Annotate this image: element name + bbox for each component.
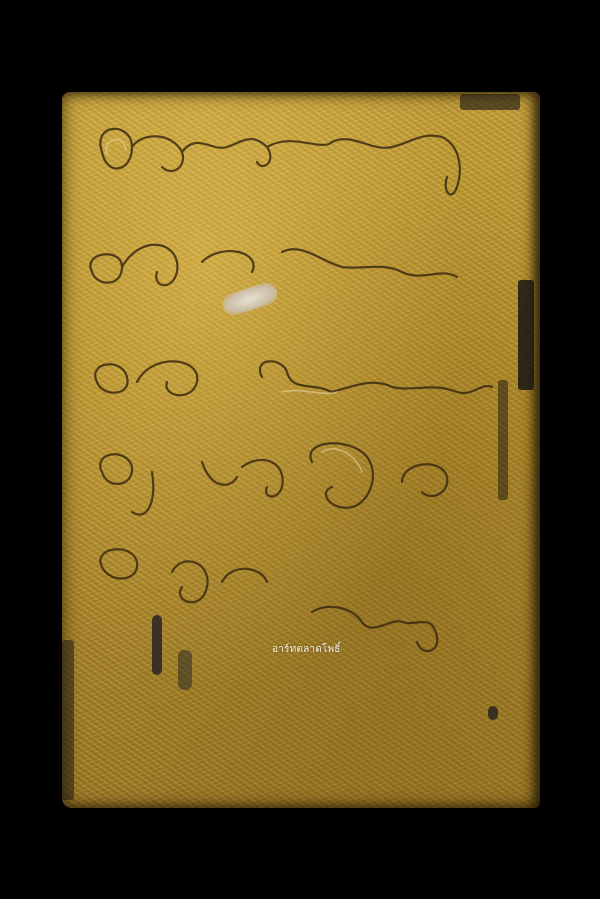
- watermark-text: อาร์ทตลาดโพธิ์: [272, 642, 341, 657]
- incised-inscription: [62, 92, 540, 808]
- photo-background: อาร์ทตลาดโพธิ์: [0, 0, 600, 899]
